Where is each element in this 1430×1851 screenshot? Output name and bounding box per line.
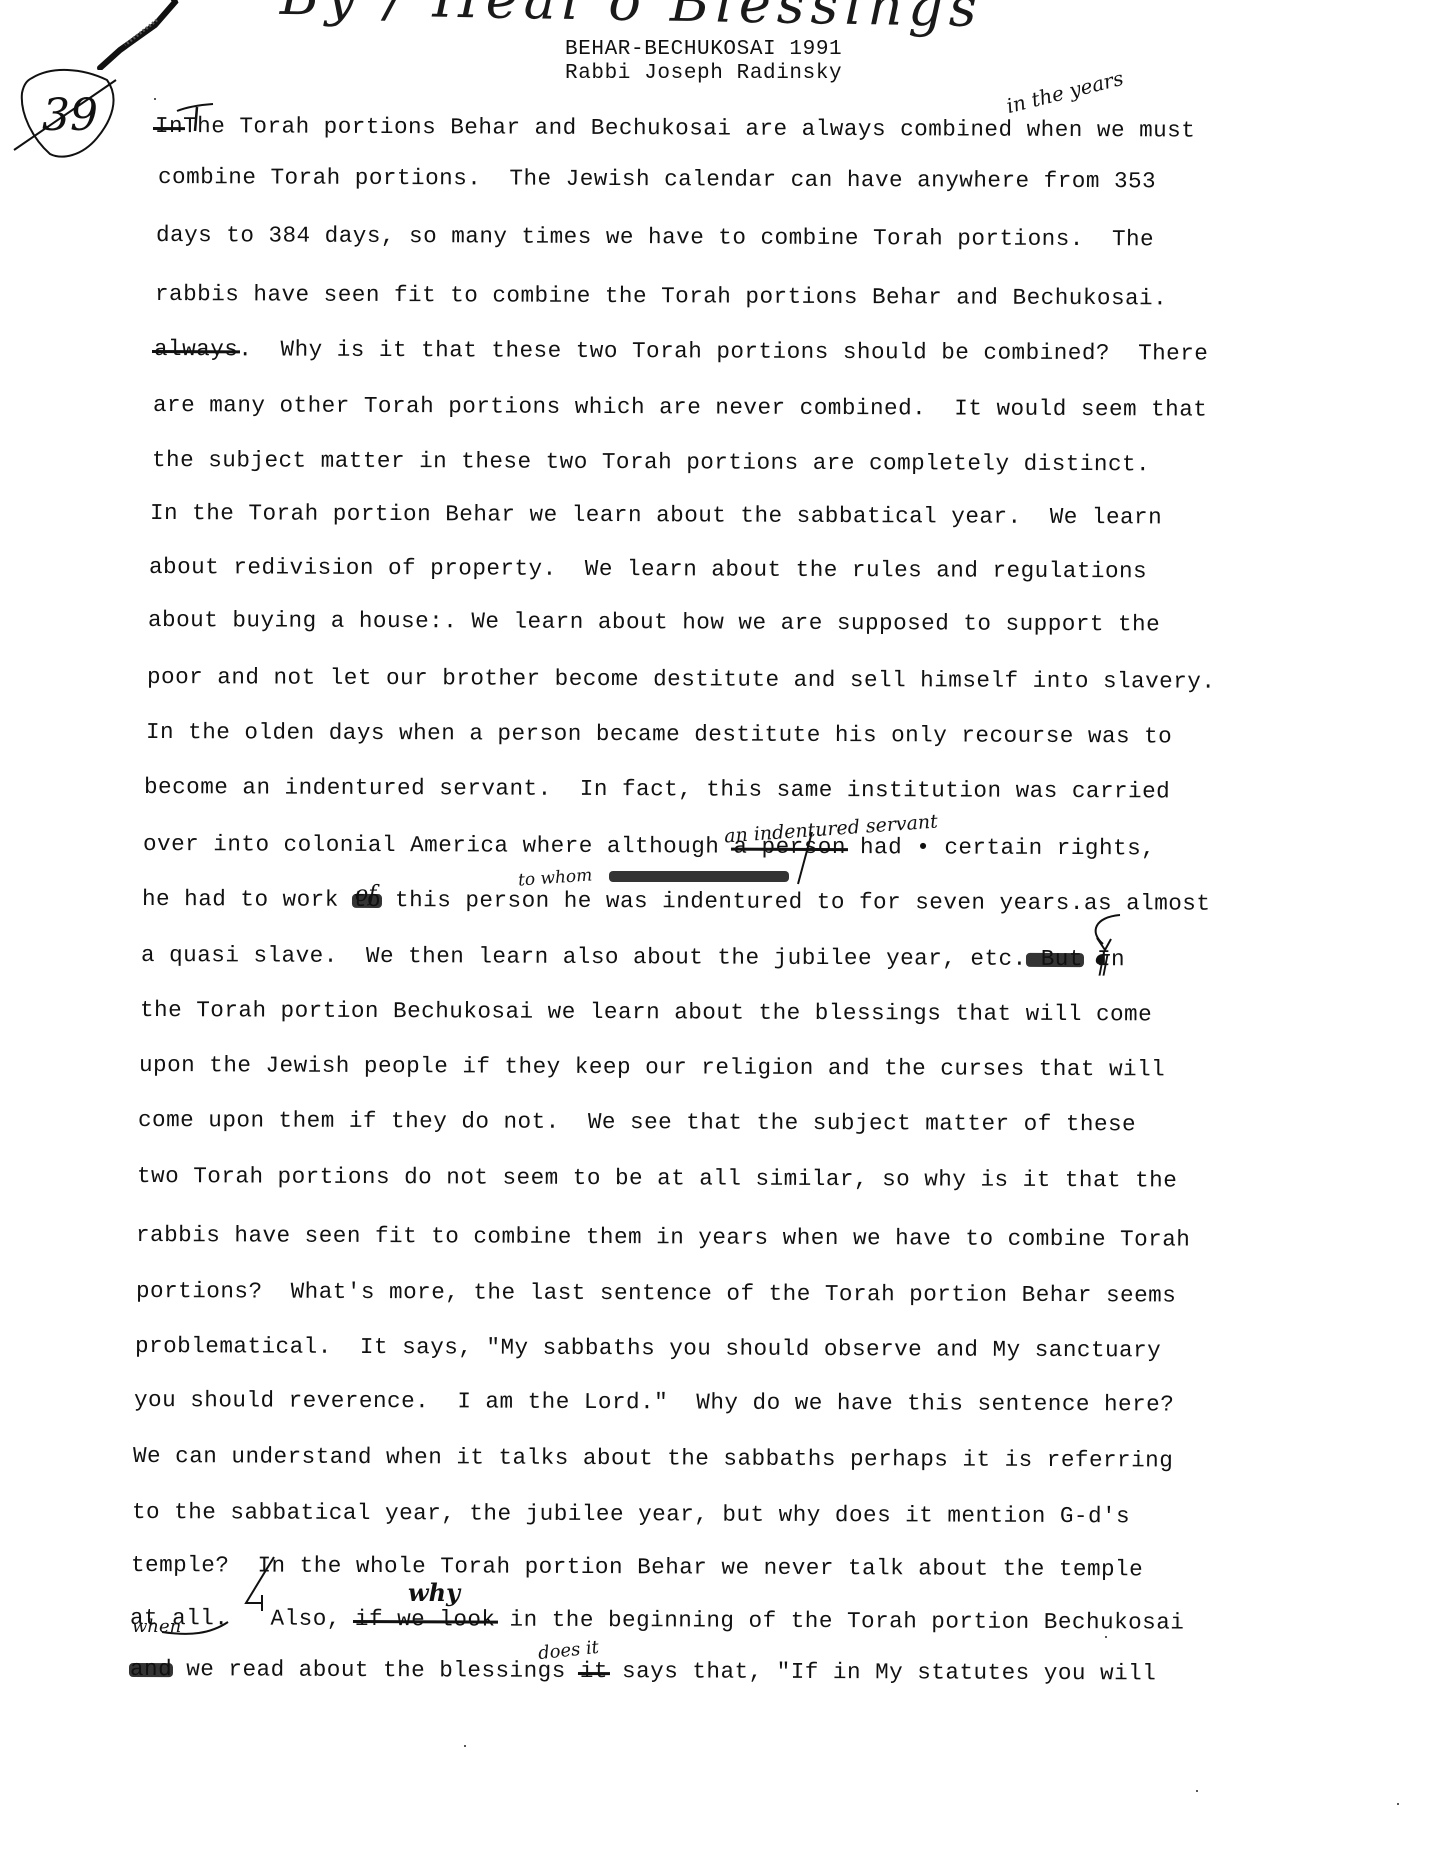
text-segment: had • certain rights,	[846, 834, 1155, 861]
text-segment: combine Torah portions. The Jewish calen…	[158, 164, 1156, 194]
text-line: In the olden days when a person became d…	[146, 718, 1172, 750]
struck-text: always	[154, 336, 238, 362]
circled-page-number: 39	[12, 58, 120, 162]
text-segment: he had to work	[142, 886, 353, 913]
text-line: a quasi slave. We then learn also about …	[141, 941, 1125, 973]
text-segment: rabbis have seen fit to combine the Tora…	[155, 281, 1167, 311]
paragraph-insert-mark	[240, 1555, 280, 1625]
annotation-of: of	[355, 882, 376, 907]
text-line: become an indentured servant. In fact, t…	[144, 773, 1170, 805]
text-segment: temple? In the whole Torah portion Behar…	[131, 1552, 1143, 1582]
text-line: portions? What's more, the last sentence…	[136, 1277, 1176, 1310]
text-segment: in the beginning of the Torah portion Be…	[495, 1607, 1184, 1636]
text-segment: portions? What's more, the last sentence…	[136, 1278, 1176, 1309]
text-segment: the subject matter in these two Torah po…	[152, 447, 1150, 477]
text-segment: The Torah portions Behar and Bechukosai …	[183, 113, 1195, 143]
text-line: the Torah portion Bechukosai we learn ab…	[140, 996, 1152, 1028]
text-line: the subject matter in these two Torah po…	[152, 446, 1150, 478]
t-correction-mark	[175, 103, 215, 133]
text-line: rabbis have seen fit to combine them in …	[136, 1221, 1191, 1254]
svg-text:39: 39	[42, 90, 98, 141]
text-line: poor and not let our brother become dest…	[147, 663, 1216, 696]
text-segment: are many other Torah portions which are …	[153, 392, 1207, 423]
scan-speck	[1105, 1636, 1107, 1638]
text-segment: we read about the blessings	[172, 1656, 580, 1684]
text-segment: to the sabbatical year, the jubilee year…	[132, 1499, 1130, 1529]
text-segment: problematical. It says, "My sabbaths you…	[135, 1333, 1161, 1363]
struck-text: it	[580, 1658, 608, 1684]
text-line: about redivision of property. We learn a…	[149, 553, 1147, 585]
text-segment: . Why is it that these two Torah portion…	[238, 336, 1208, 366]
scan-speck	[1397, 1803, 1399, 1805]
text-segment: become an indentured servant. In fact, t…	[144, 774, 1170, 804]
text-segment: the Torah portion Bechukosai we learn ab…	[140, 997, 1152, 1027]
text-segment: come upon them if they do not. We see th…	[138, 1107, 1136, 1137]
text-line: rabbis have seen fit to combine the Tora…	[155, 280, 1167, 312]
text-line: he had to work to this person he was ind…	[142, 885, 1211, 918]
text-line: you should reverence. I am the Lord." Wh…	[134, 1386, 1174, 1419]
text-line: at all. Also, if we look in the beginnin…	[130, 1604, 1185, 1637]
scan-speck	[1196, 1790, 1198, 1792]
insertion-caret-servant	[790, 832, 820, 887]
scan-speck	[464, 1745, 466, 1747]
annotation-in-the-years: in the years	[1004, 66, 1126, 118]
text-line: In the Torah portion Behar we learn abou…	[150, 499, 1162, 531]
text-segment: In the Torah portion Behar we learn abou…	[150, 500, 1162, 530]
handwritten-header: By / Heal o Blessings	[280, 0, 984, 39]
text-line: come upon them if they do not. We see th…	[138, 1106, 1136, 1138]
scan-speck	[154, 98, 156, 100]
text-segment: days to 384 days, so many times we have …	[156, 222, 1154, 252]
text-line: over into colonial America where althoug…	[143, 830, 1155, 862]
text-segment: two Torah portions do not seem to be at …	[137, 1163, 1177, 1194]
text-segment: you should reverence. I am the Lord." Wh…	[134, 1387, 1174, 1418]
text-segment: a quasi slave. We then learn also about …	[141, 942, 1027, 972]
text-segment: says that, "If in My statutes you will	[608, 1658, 1156, 1686]
text-segment: upon the Jewish people if they keep our …	[139, 1052, 1165, 1082]
text-segment: about redivision of property. We learn a…	[149, 554, 1147, 584]
move-arrow-mark	[1075, 912, 1135, 962]
text-segment: poor and not let our brother become dest…	[147, 664, 1216, 695]
text-segment: In the olden days when a person became d…	[146, 719, 1172, 749]
text-line: to the sabbatical year, the jubilee year…	[132, 1498, 1130, 1530]
text-line: are many other Torah portions which are …	[153, 391, 1208, 424]
document-author: Rabbi Joseph Radinsky	[565, 62, 842, 85]
text-line: about buying a house:. We learn about ho…	[148, 606, 1160, 638]
scribble-deletion	[610, 866, 788, 886]
when-underline-mark	[160, 1618, 230, 1638]
text-segment: over into colonial America where althoug…	[143, 831, 734, 860]
text-line: combine Torah portions. The Jewish calen…	[158, 163, 1156, 195]
text-line: temple? In the whole Torah portion Behar…	[131, 1551, 1143, 1583]
text-segment: rabbis have seen fit to combine them in …	[136, 1222, 1190, 1253]
text-line: upon the Jewish people if they keep our …	[139, 1051, 1165, 1083]
annotation-why: why	[408, 1578, 460, 1607]
text-line: and we read about the blessings it says …	[130, 1655, 1156, 1687]
text-segment: We can understand when it talks about th…	[133, 1443, 1173, 1474]
text-segment: about buying a house:. We learn about ho…	[148, 607, 1160, 637]
document-title: BEHAR-BECHUKOSAI 1991	[565, 38, 842, 61]
text-line: days to 384 days, so many times we have …	[156, 221, 1154, 253]
text-line: two Torah portions do not seem to be at …	[137, 1162, 1177, 1195]
text-line: InThe Torah portions Behar and Bechukosa…	[155, 112, 1195, 145]
text-line: We can understand when it talks about th…	[133, 1442, 1173, 1475]
text-line: problematical. It says, "My sabbaths you…	[135, 1332, 1161, 1364]
struck-text: and	[130, 1656, 172, 1682]
struck-text: if we look	[355, 1606, 496, 1633]
text-line: always. Why is it that these two Torah p…	[154, 335, 1209, 368]
